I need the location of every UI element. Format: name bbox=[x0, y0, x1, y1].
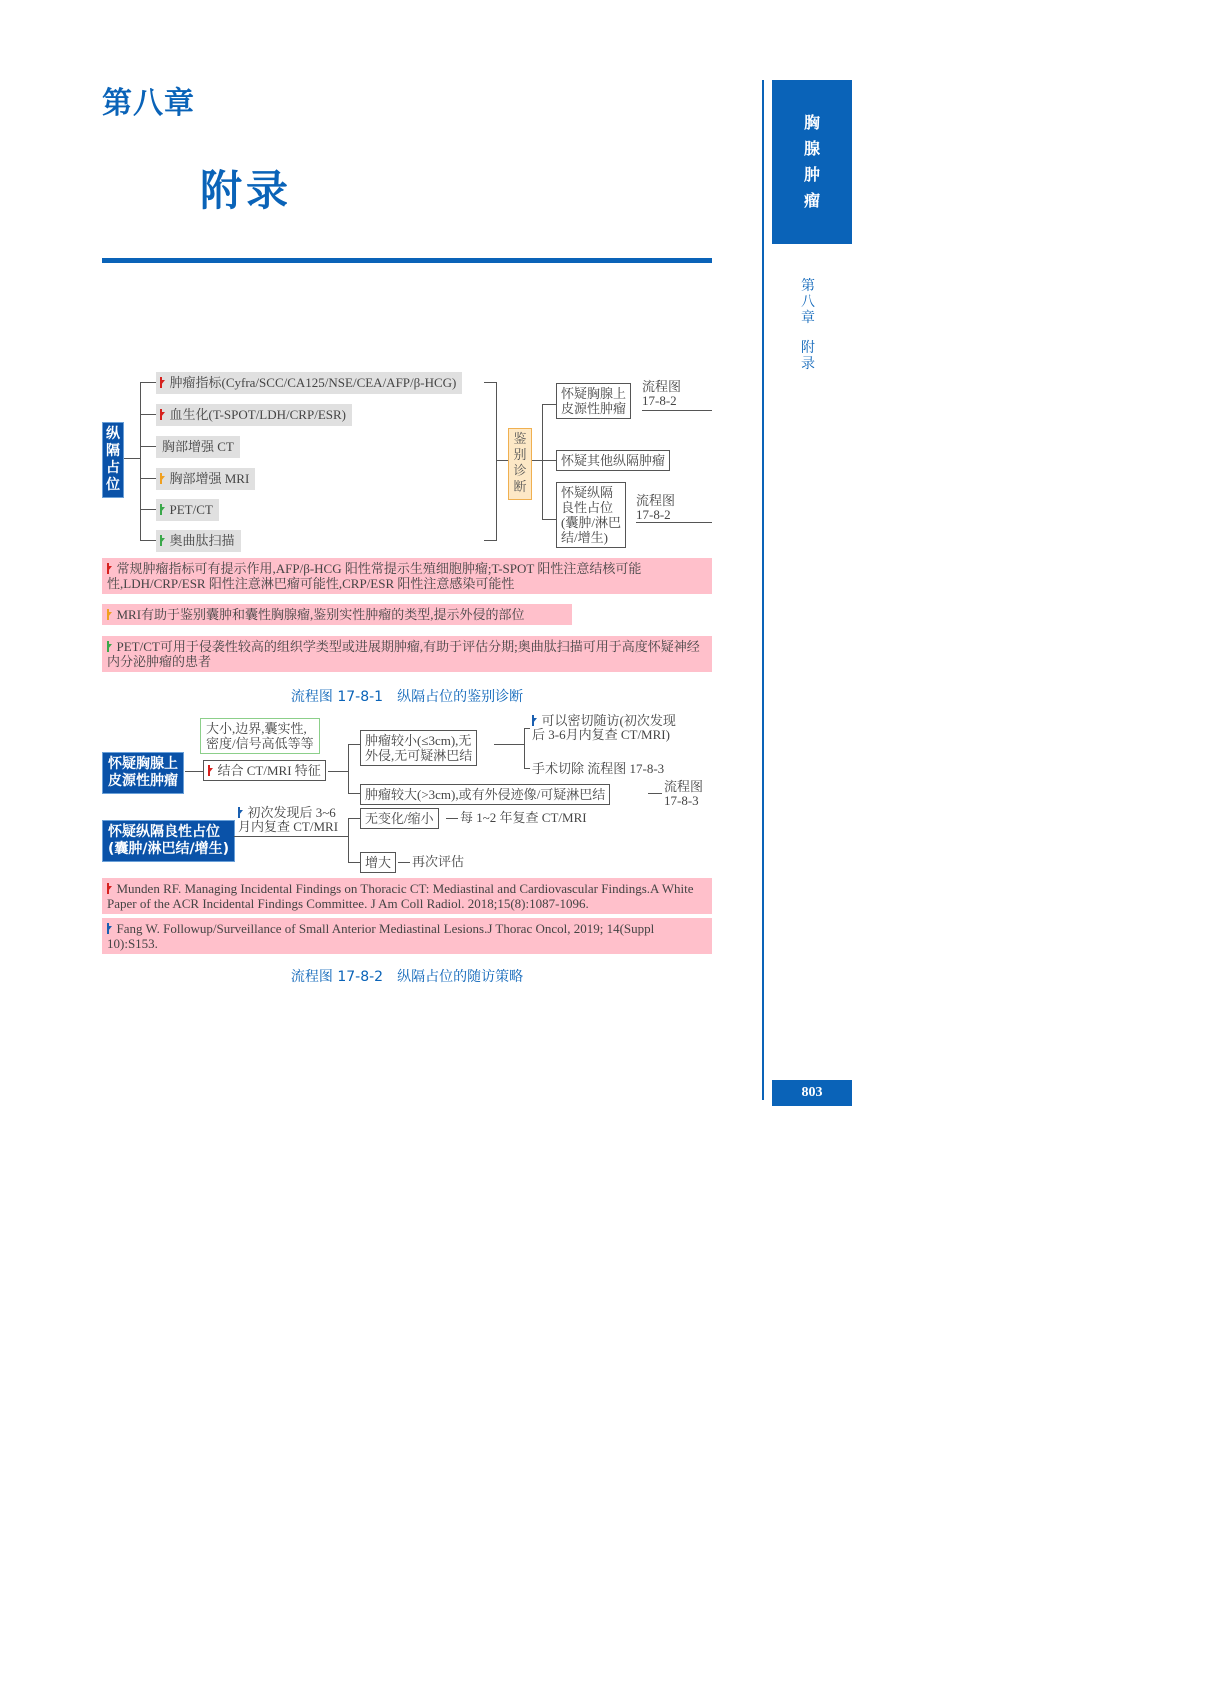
section-tab-char: 瘤 bbox=[804, 188, 820, 214]
connector bbox=[140, 382, 141, 540]
connector bbox=[398, 862, 410, 863]
connector bbox=[524, 728, 525, 768]
test-item-chest-ct: 胸部增强 CT bbox=[156, 436, 240, 458]
ref-text: 流程图 bbox=[664, 780, 703, 794]
root-char: 占 bbox=[105, 460, 121, 477]
note-text: 初次发现后 3~6 bbox=[248, 805, 336, 820]
connector bbox=[524, 768, 530, 769]
note-recheck-3-6-months: 初次发现后 3~6 月内复查 CT/MRI bbox=[238, 806, 338, 834]
branch-no-change: 无变化/缩小 bbox=[360, 808, 439, 829]
figure-caption: 流程图 17-8-2 纵隔占位的随访策略 bbox=[102, 966, 712, 986]
option-close-follow-up: 可以密切随访(初次发现 后 3-6月内复查 CT/MRI) bbox=[532, 714, 676, 742]
note-text: 月内复查 CT/MRI bbox=[238, 820, 338, 834]
green-flag-icon bbox=[161, 507, 165, 512]
connector bbox=[348, 862, 360, 863]
diagnosis-char: 鉴 bbox=[512, 432, 528, 448]
reference-munden: Munden RF. Managing Incidental Findings … bbox=[102, 878, 712, 914]
running-header-char: 章 bbox=[798, 310, 818, 326]
connector bbox=[140, 509, 156, 510]
note-mri: MRI有助于鉴别囊肿和囊性胸腺瘤,鉴别实性肿瘤的类型,提示外侵的部位 bbox=[102, 604, 572, 625]
test-item-label: 胸部增强 MRI bbox=[170, 471, 250, 486]
connector bbox=[648, 793, 662, 794]
test-item-tumor-markers: 肿瘤指标(Cyfra/SCC/CA125/NSE/CEA/AFP/β-HCG) bbox=[156, 372, 462, 394]
outcome-label: 怀疑纵隔 bbox=[561, 485, 621, 500]
flowchart-ref: 流程图 17-8-3 bbox=[664, 780, 703, 808]
branch-label: 增大 bbox=[365, 855, 391, 870]
ref-text: 17-8-2 bbox=[642, 394, 681, 408]
branch-label: 无变化/缩小 bbox=[365, 811, 434, 826]
callout-text: 大小,边界,囊实性, bbox=[206, 721, 314, 736]
root-text: (囊肿/淋巴结/增生) bbox=[108, 841, 229, 858]
flowchart-ref: 流程图 17-8-2 bbox=[636, 494, 675, 522]
branch-large-tumor: 肿瘤较大(>3cm),或有外侵迹像/可疑淋巴结 bbox=[360, 784, 610, 805]
reference-text: Munden RF. Managing Incidental Findings … bbox=[107, 881, 693, 911]
connector bbox=[484, 382, 496, 383]
blue-flag-icon bbox=[239, 810, 243, 815]
connector bbox=[636, 522, 712, 523]
diagnosis-char: 断 bbox=[512, 480, 528, 496]
option-text: 可以密切随访(初次发现 bbox=[542, 713, 676, 728]
action-reevaluate: 再次评估 bbox=[412, 855, 464, 869]
reference-text: Fang W. Followup/Surveillance of Small A… bbox=[107, 921, 654, 951]
test-item-pet-ct: PET/CT bbox=[156, 499, 219, 521]
branch-small-tumor: 肿瘤较小(≤3cm),无 外侵,无可疑淋巴结 bbox=[360, 730, 477, 766]
connector bbox=[140, 414, 156, 415]
diagnosis-char: 别 bbox=[512, 448, 528, 464]
note-pet-ct: PET/CT可用于侵袭性较高的组织学类型或进展期肿瘤,有助于评估分期;奥曲肽扫描… bbox=[102, 636, 712, 672]
root-char: 纵 bbox=[105, 426, 121, 443]
branch-label: 肿瘤较小(≤3cm),无 bbox=[365, 733, 472, 748]
root-char: 位 bbox=[105, 477, 121, 494]
running-header-char: 录 bbox=[798, 356, 818, 372]
blue-flag-icon bbox=[108, 926, 112, 931]
connector bbox=[484, 540, 496, 541]
running-header: 第 八 章 附 录 bbox=[798, 278, 818, 372]
red-flag-icon bbox=[161, 412, 165, 417]
test-item-label: 肿瘤指标(Cyfra/SCC/CA125/NSE/CEA/AFP/β-HCG) bbox=[170, 375, 457, 390]
option-text: 后 3-6月内复查 CT/MRI) bbox=[532, 728, 676, 742]
ref-text: 流程图 bbox=[642, 380, 681, 394]
figure-caption: 流程图 17-8-1 纵隔占位的鉴别诊断 bbox=[102, 686, 712, 706]
connector bbox=[140, 446, 156, 447]
connector bbox=[140, 540, 156, 541]
connector bbox=[532, 460, 542, 461]
root-char: 隔 bbox=[105, 443, 121, 460]
test-item-octreotide-scan: 奥曲肽扫描 bbox=[156, 530, 241, 552]
outcome-label: 怀疑胸腺上 bbox=[561, 386, 626, 401]
outcome-label: 结/增生) bbox=[561, 530, 621, 545]
callout-text: 密度/信号高低等等 bbox=[206, 736, 314, 751]
test-item-label: 血生化(T-SPOT/LDH/CRP/ESR) bbox=[170, 407, 347, 422]
test-item-label: 奥曲肽扫描 bbox=[170, 533, 235, 548]
red-flag-icon bbox=[108, 566, 112, 571]
flowchart-ref: 流程图 17-8-2 bbox=[642, 380, 681, 408]
connector bbox=[496, 460, 508, 461]
branch-label: 肿瘤较大(>3cm),或有外侵迹像/可疑淋巴结 bbox=[365, 787, 605, 802]
page-title: 附录 bbox=[200, 158, 292, 218]
connector bbox=[494, 744, 524, 745]
outcome-thymic-epithelial: 怀疑胸腺上 皮源性肿瘤 bbox=[556, 383, 631, 419]
running-header-char: 八 bbox=[798, 294, 818, 310]
step-label: 结合 CT/MRI 特征 bbox=[218, 763, 321, 778]
red-flag-icon bbox=[209, 768, 213, 773]
differential-diagnosis-node: 鉴 别 诊 断 bbox=[508, 428, 532, 500]
chapter-label: 第八章 bbox=[102, 78, 195, 122]
outcome-other-mediastinal: 怀疑其他纵隔肿瘤 bbox=[556, 450, 670, 471]
branch-label: 外侵,无可疑淋巴结 bbox=[365, 748, 472, 763]
outcome-label: 皮源性肿瘤 bbox=[561, 401, 626, 416]
root-node-mediastinal-mass: 纵 隔 占 位 bbox=[102, 422, 124, 498]
connector bbox=[524, 728, 530, 729]
connector bbox=[124, 458, 140, 459]
title-divider bbox=[102, 258, 712, 263]
outcome-benign-mass: 怀疑纵隔 良性占位 (囊肿/淋巴 结/增生) bbox=[556, 482, 626, 548]
ref-text: 流程图 bbox=[636, 494, 675, 508]
green-flag-icon bbox=[161, 538, 165, 543]
connector bbox=[140, 478, 156, 479]
root-text: 皮源性肿瘤 bbox=[108, 773, 178, 790]
connector bbox=[496, 382, 497, 541]
outcome-label: 怀疑其他纵隔肿瘤 bbox=[561, 453, 665, 468]
outcome-label: 良性占位 bbox=[561, 500, 621, 515]
connector bbox=[542, 519, 556, 520]
note-text: MRI有助于鉴别囊肿和囊性胸腺瘤,鉴别实性肿瘤的类型,提示外侵的部位 bbox=[117, 607, 525, 622]
connector bbox=[140, 382, 156, 383]
green-flag-icon bbox=[108, 644, 112, 649]
connector bbox=[234, 836, 348, 837]
connector bbox=[328, 771, 348, 772]
root-text: 怀疑胸腺上 bbox=[108, 756, 178, 773]
ref-text: 17-8-2 bbox=[636, 508, 675, 522]
orange-flag-icon bbox=[108, 612, 112, 617]
connector bbox=[348, 744, 360, 745]
connector bbox=[642, 410, 712, 411]
note-text: PET/CT可用于侵袭性较高的组织学类型或进展期肿瘤,有助于评估分期;奥曲肽扫描… bbox=[107, 639, 700, 669]
section-tab: 胸 腺 肿 瘤 bbox=[772, 80, 852, 244]
callout-ct-features: 大小,边界,囊实性, 密度/信号高低等等 bbox=[200, 718, 320, 754]
connector bbox=[348, 818, 349, 862]
step-combine-ct-mri: 结合 CT/MRI 特征 bbox=[203, 760, 326, 781]
test-item-label: PET/CT bbox=[170, 502, 213, 517]
running-header-char: 附 bbox=[798, 340, 818, 356]
connector bbox=[348, 818, 360, 819]
note-text: 常规肿瘤指标可有提示作用,AFP/β-HCG 阳性常提示生殖细胞肿瘤;T-SPO… bbox=[107, 561, 641, 591]
test-item-biochemistry: 血生化(T-SPOT/LDH/CRP/ESR) bbox=[156, 404, 352, 426]
connector bbox=[348, 744, 349, 794]
ref-text: 17-8-3 bbox=[664, 794, 703, 808]
connector bbox=[446, 818, 458, 819]
root-text: 怀疑纵隔良性占位 bbox=[108, 824, 229, 841]
red-flag-icon bbox=[108, 886, 112, 891]
note-tumor-markers: 常规肿瘤指标可有提示作用,AFP/β-HCG 阳性常提示生殖细胞肿瘤;T-SPO… bbox=[102, 558, 712, 594]
connector bbox=[348, 793, 360, 794]
reference-fang: Fang W. Followup/Surveillance of Small A… bbox=[102, 918, 712, 954]
section-tab-char: 肿 bbox=[804, 162, 820, 188]
red-flag-icon bbox=[161, 380, 165, 385]
outcome-label: (囊肿/淋巴 bbox=[561, 515, 621, 530]
connector bbox=[542, 404, 556, 405]
branch-enlarged: 增大 bbox=[360, 852, 396, 873]
connector bbox=[542, 460, 556, 461]
root-node-thymic-epithelial: 怀疑胸腺上 皮源性肿瘤 bbox=[102, 752, 184, 794]
action-recheck-yearly: 每 1~2 年复查 CT/MRI bbox=[460, 811, 587, 825]
section-tab-char: 胸 bbox=[804, 110, 820, 136]
test-item-chest-mri: 胸部增强 MRI bbox=[156, 468, 255, 490]
running-header-char: 第 bbox=[798, 278, 818, 294]
connector bbox=[542, 404, 543, 519]
blue-flag-icon bbox=[533, 718, 537, 723]
connector bbox=[185, 771, 203, 772]
section-tab-char: 腺 bbox=[804, 136, 820, 162]
option-surgery: 手术切除 流程图 17-8-3 bbox=[532, 762, 664, 776]
test-item-label: 胸部增强 CT bbox=[162, 439, 234, 454]
diagnosis-char: 诊 bbox=[512, 464, 528, 480]
margin-rule bbox=[762, 80, 764, 1100]
root-node-benign-mass: 怀疑纵隔良性占位 (囊肿/淋巴结/增生) bbox=[102, 820, 235, 862]
orange-flag-icon bbox=[161, 476, 165, 481]
page-number: 803 bbox=[772, 1080, 852, 1106]
